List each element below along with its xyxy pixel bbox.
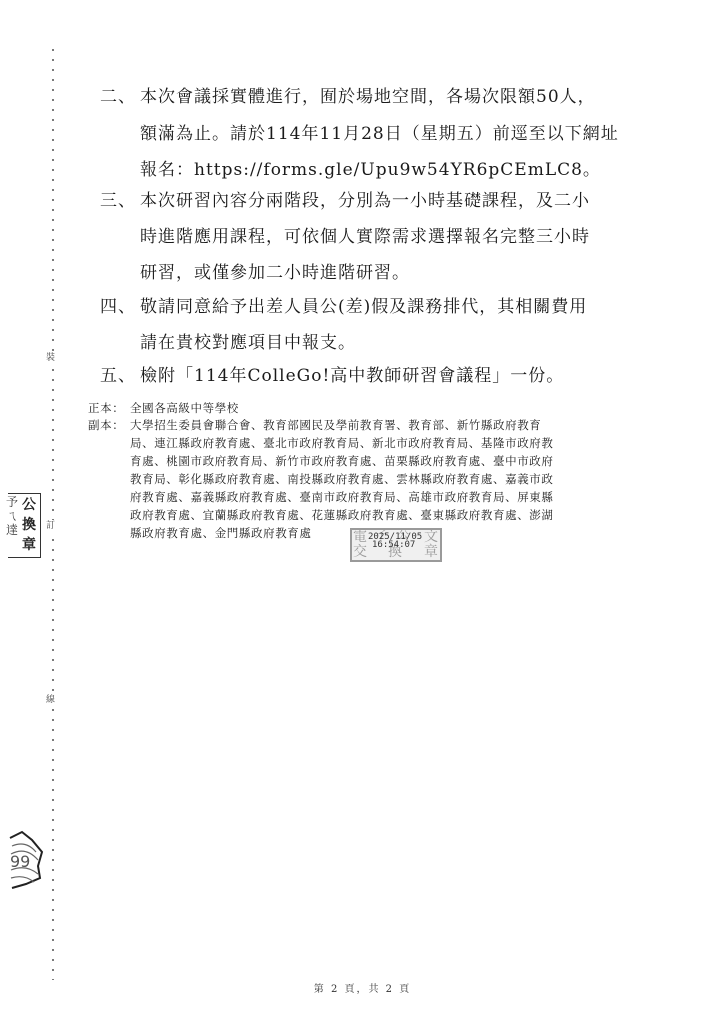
item-line: 時進階應用課程，可依個人實際需求選擇報名完整三小時	[140, 222, 590, 247]
item-line: 敬請同意給予出差人員公(差)假及課務排代，其相關費用	[140, 292, 587, 317]
item-line: 請在貴校對應項目中報支。	[140, 328, 356, 353]
item-number: 四、	[100, 292, 136, 317]
item-line: 報名：https://forms.gle/Upu9w54YR6pCEmLC8。	[140, 155, 601, 180]
item-number: 三、	[100, 186, 136, 211]
copy-recipient-line: 教育局、彰化縣政府教育處、南投縣政府教育處、雲林縣政府教育處、嘉義市政	[130, 471, 554, 487]
item-line: 檢附「114年ColleGo!高中教師研習會議程」一份。	[140, 361, 564, 386]
item-line: 額滿為止。請於114年11月28日（星期五）前逕至以下網址	[140, 119, 619, 144]
item-line: 本次會議採實體進行，囿於場地空間，各場次限額50人，	[140, 82, 596, 107]
stamp-char: 章	[424, 545, 438, 559]
item-number: 五、	[100, 361, 136, 386]
item-line: 本次研習內容分兩階段，分別為一小時基礎課程，及二小	[140, 186, 590, 211]
electronic-exchange-stamp: 電 子 公 文 交 換 章 2025/11/05 16:54:07	[350, 528, 442, 562]
copy-recipient-line: 縣政府教育處、金門縣政府教育處	[130, 525, 312, 541]
binding-margin-line	[52, 45, 54, 980]
seal-left-column: 予ㄟ達	[6, 495, 20, 537]
seal-right-column: 公換章	[22, 495, 38, 555]
seal-number: 99	[10, 852, 30, 871]
item-number: 二、	[100, 82, 136, 107]
stamp-char: 交	[353, 545, 367, 559]
copy-recipient-line: 府教育處、嘉義縣政府教育處、臺南市政府教育局、高雄市政府教育局、屏東縣	[130, 489, 554, 505]
main-recipient-value: 全國各高級中等學校	[130, 400, 239, 416]
copy-recipient-line: 大學招生委員會聯合會、教育部國民及學前教育署、教育部、新竹縣政府教育	[130, 417, 541, 433]
binding-label-ding: 訂	[46, 520, 55, 532]
copy-recipient-line: 局、連江縣政府教育處、臺北市政府教育局、新北市政府教育局、基隆市政府教	[130, 435, 554, 451]
stamp-time: 16:54:07	[372, 541, 415, 550]
copy-recipient-line: 育處、桃園市政府教育局、新竹市政府教育處、苗栗縣政府教育處、臺中市政府	[130, 453, 554, 469]
stamp-char: 文	[424, 530, 438, 544]
page-number: 第 2 頁，共 2 頁	[0, 980, 725, 995]
copy-recipient-label: 副本：	[88, 417, 124, 433]
main-recipient-label: 正本：	[88, 400, 124, 416]
binding-label-zhuang: 裝	[46, 352, 55, 364]
copy-recipient-line: 政府教育處、宜蘭縣政府教育處、花蓮縣政府教育處、臺東縣政府教育處、澎湖	[130, 507, 554, 523]
binding-label-xian: 線	[46, 694, 55, 706]
item-line: 研習，或僅參加二小時進階研習。	[140, 258, 410, 283]
star-seal-icon: 99	[8, 830, 44, 892]
official-exchange-seal: 予ㄟ達 公換章	[8, 493, 41, 558]
stamp-char: 電	[353, 530, 367, 544]
